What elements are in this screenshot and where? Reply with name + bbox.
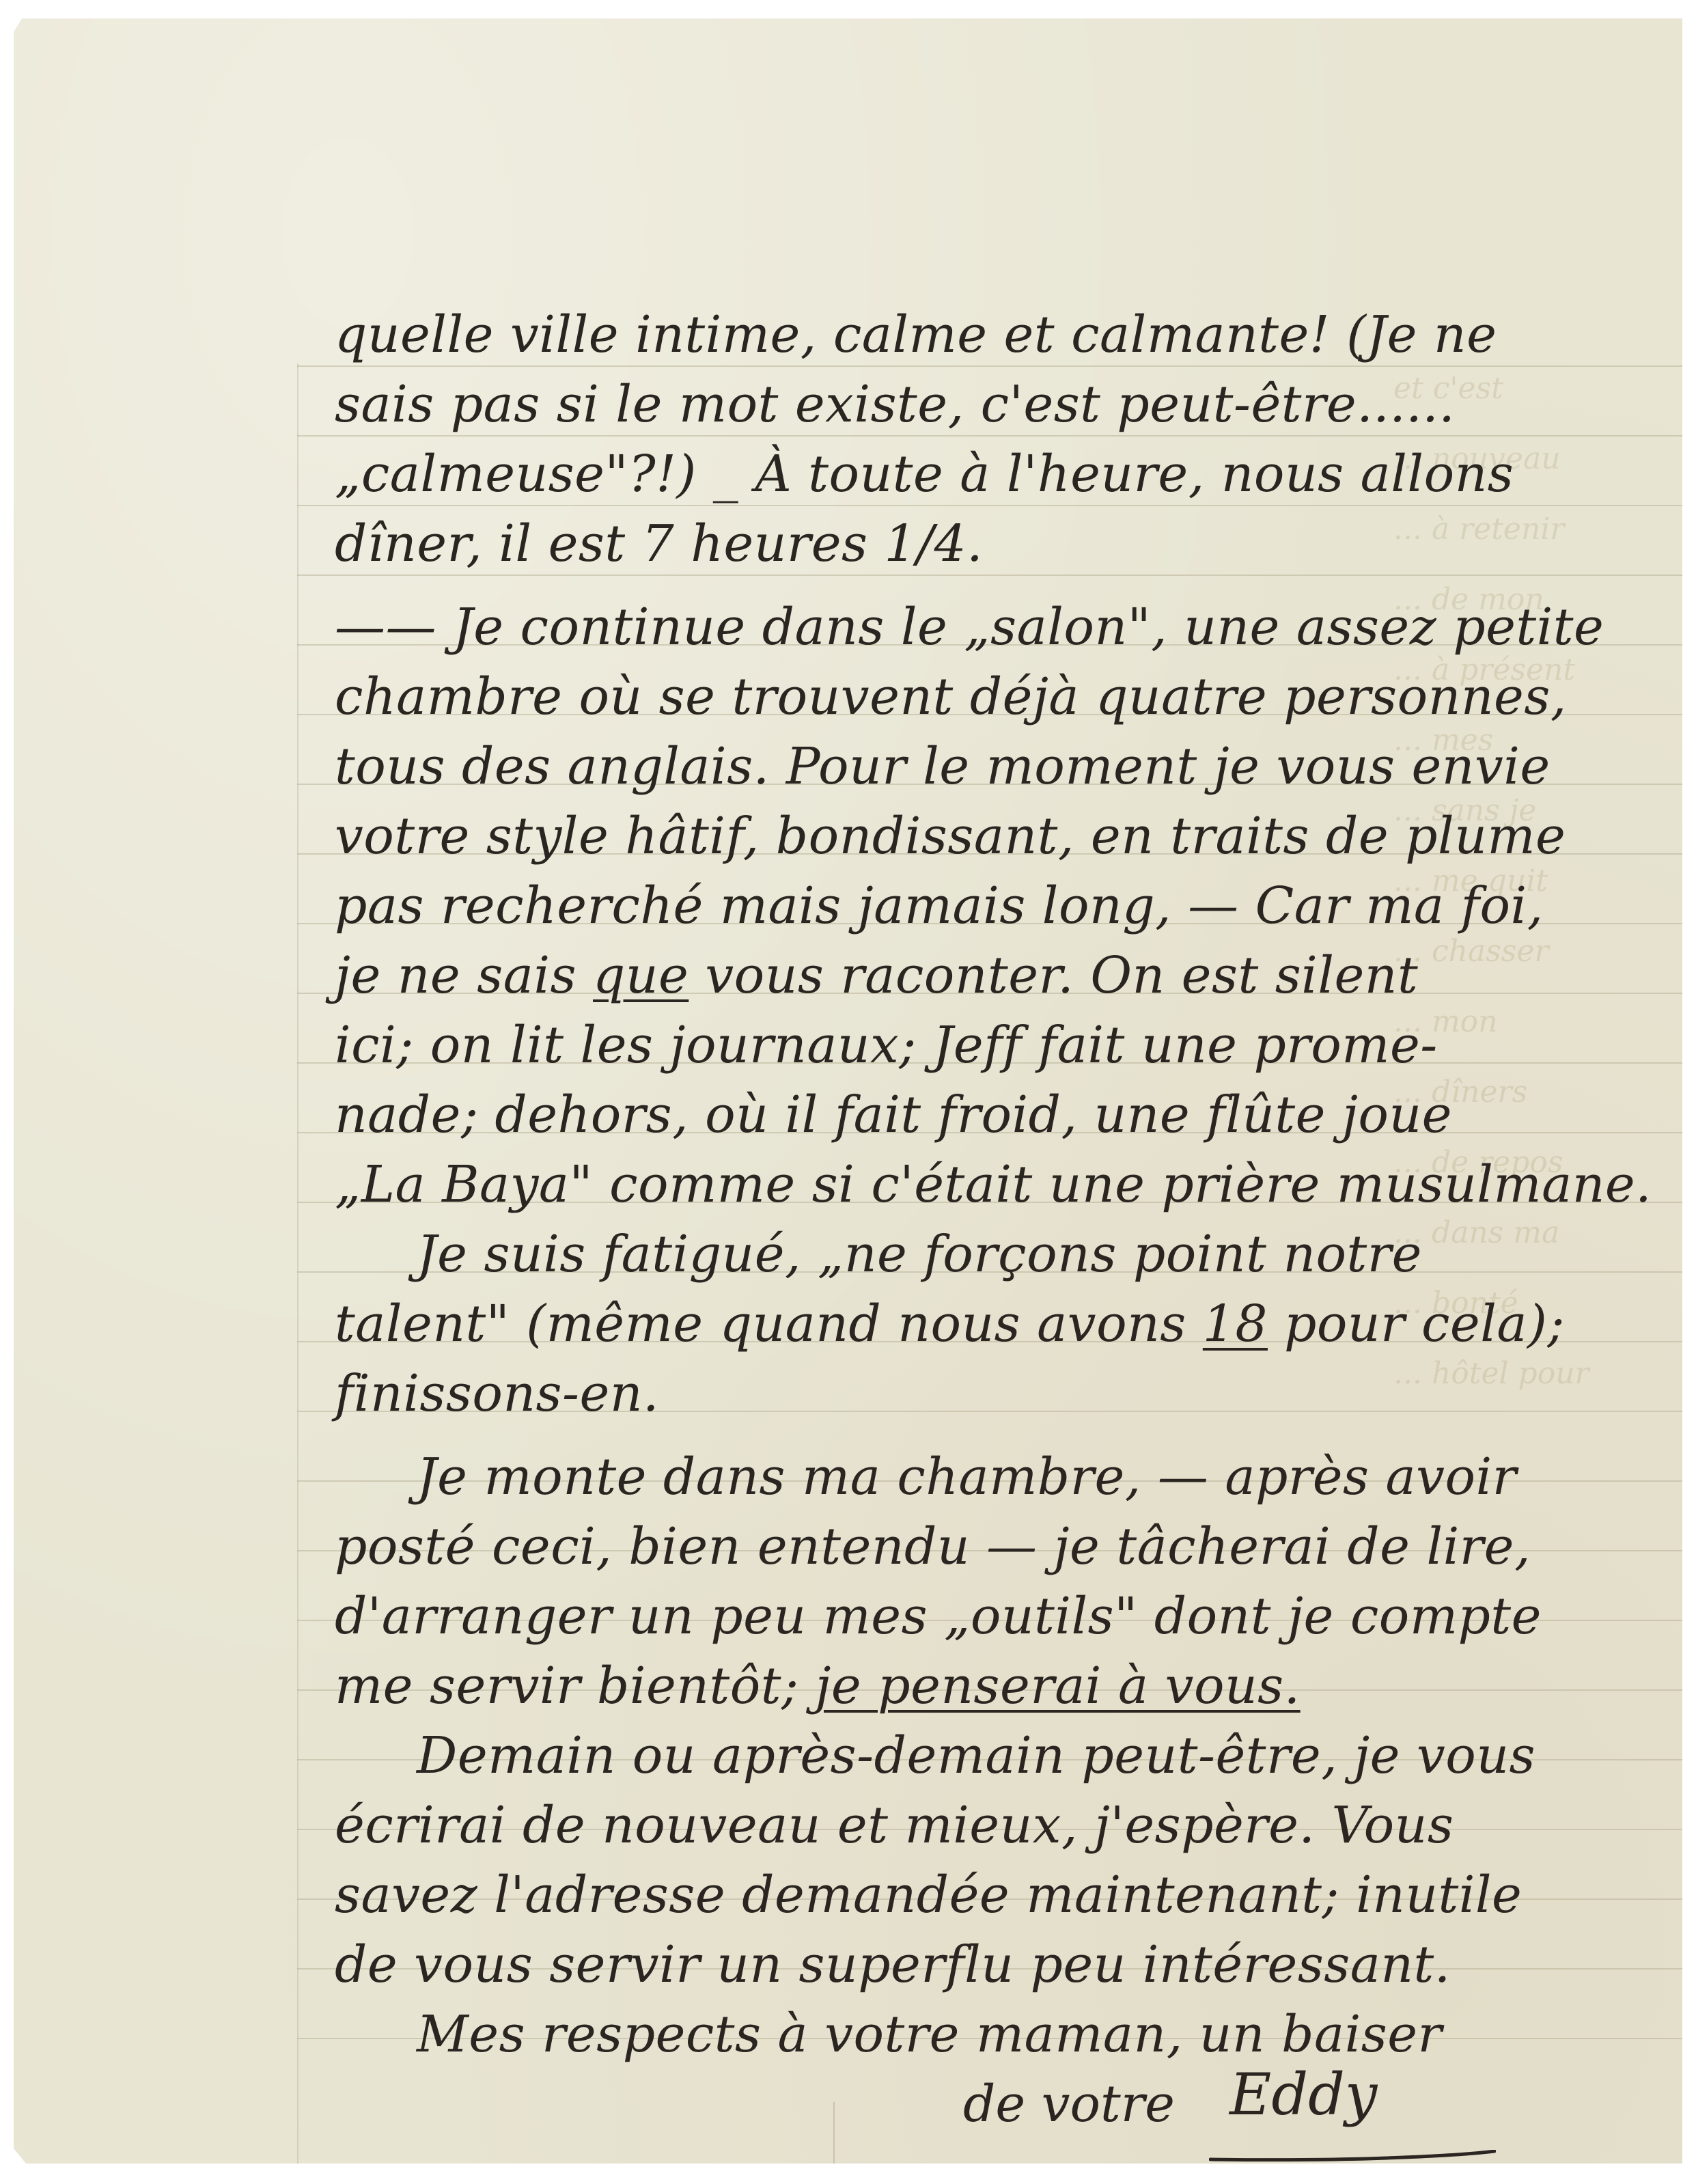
letter-line: tous des anglais. Pour le moment je vous… — [335, 737, 1551, 796]
letter-page: et c'est ... nouveau ... à retenir ... d… — [14, 18, 1682, 2164]
letter-line: —— Je continue dans le „salon", une asse… — [335, 598, 1604, 656]
signature: Eddy — [1229, 2061, 1377, 2128]
margin-line — [297, 363, 298, 2164]
letter-line: ici; on lit les journaux; Jeff fait une … — [335, 1016, 1438, 1075]
underlined-number: 18 — [1203, 1295, 1268, 1353]
letter-line: nade; dehors, où il fait froid, une flût… — [335, 1086, 1452, 1144]
letter-line: Je suis fatigué, „ne forçons point notre — [417, 1225, 1422, 1284]
letter-line: de vous servir un superflu peu intéressa… — [335, 1935, 1451, 1994]
letter-line: talent" (même quand nous avons 18 pour c… — [335, 1295, 1565, 1353]
letter-line: Mes respects à votre maman, un baiser — [417, 2005, 1442, 2064]
letter-line: pas recherché mais jamais long, — Car ma… — [335, 876, 1544, 935]
letter-line: Demain ou après-demain peut-être, je vou… — [417, 1726, 1535, 1785]
letter-line: posté ceci, bien entendu — je tâcherai d… — [335, 1517, 1531, 1576]
letter-line: je ne sais que vous raconter. On est sil… — [335, 946, 1418, 1005]
letter-line: „La Baya" comme si c'était une prière mu… — [335, 1155, 1652, 1214]
letter-line: d'arranger un peu mes „outils" dont je c… — [335, 1587, 1542, 1646]
letter-line: me servir bientôt; je penserai à vous. — [335, 1657, 1301, 1715]
underlined-phrase: je penserai à vous. — [815, 1657, 1300, 1715]
letter-line: dîner, il est 7 heures 1/4. — [335, 514, 983, 573]
fold-line — [833, 2102, 835, 2164]
signature-underline-icon — [1209, 2150, 1496, 2162]
letter-line: finissons-en. — [335, 1364, 659, 1423]
letter-line: sais pas si le mot existe, c'est peut-êt… — [335, 375, 1455, 434]
letter-line: écrirai de nouveau et mieux, j'espère. V… — [335, 1796, 1454, 1855]
letter-line: „calmeuse"?!) _ À toute à l'heure, nous … — [335, 445, 1514, 503]
closing-phrase: de votre — [963, 2075, 1175, 2133]
letter-line: votre style hâtif, bondissant, en traits… — [335, 807, 1566, 866]
letter-line: savez l'adresse demandée maintenant; inu… — [335, 1866, 1522, 1924]
underlined-word: que — [593, 946, 689, 1005]
letter-line: chambre où se trouvent déjà quatre perso… — [335, 667, 1567, 726]
letter-line: Je monte dans ma chambre, — après avoir — [417, 1448, 1517, 1506]
letter-line: quelle ville intime, calme et calmante! … — [335, 305, 1497, 364]
